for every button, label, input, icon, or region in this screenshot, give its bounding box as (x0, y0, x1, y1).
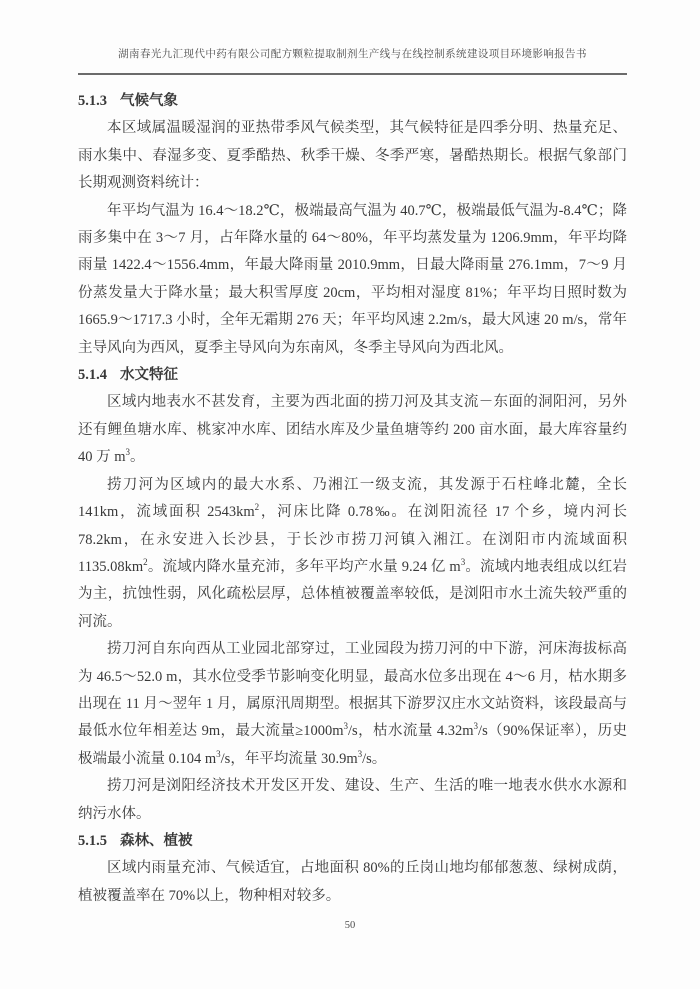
superscript: 3 (344, 722, 349, 732)
body-paragraph: 捞刀河为区域内的最大水系、乃湘江一级支流，其发源于石柱峰北麓，全长 141km，… (78, 472, 627, 636)
section-title: 气候气象 (120, 93, 178, 109)
body-paragraph: 区域内地表水不甚发育，主要为西北面的捞刀河及其支流－东面的洞阳河，另外还有鲤鱼塘… (78, 389, 627, 471)
body-paragraph: 捞刀河是浏阳经济技术开发区开发、建设、生产、生活的唯一地表水供水水源和纳污水体。 (78, 773, 627, 828)
superscript: 3 (216, 749, 221, 759)
page-number: 50 (345, 920, 356, 931)
document-body: 5.1.3气候气象本区域属温暖湿润的亚热带季风气候类型，其气候特征是四季分明、热… (78, 88, 627, 910)
body-paragraph: 本区域属温暖湿润的亚热带季风气候类型，其气候特征是四季分明、热量充足、雨水集中、… (78, 115, 627, 197)
section-heading-5.1.3: 5.1.3气候气象 (78, 88, 627, 115)
superscript: 3 (461, 557, 466, 567)
body-paragraph: 年平均气温为 16.4～18.2℃，极端最高气温为 40.7℃，极端最低气温为-… (78, 198, 627, 362)
page-footer: 50 (0, 920, 700, 931)
document-page: 湖南春光九汇现代中药有限公司配方颗粒提取制剂生产线与在线控制系统建设项目环境影响… (0, 0, 700, 989)
section-heading-5.1.4: 5.1.4水文特征 (78, 362, 627, 389)
page-header-title: 湖南春光九汇现代中药有限公司配方颗粒提取制剂生产线与在线控制系统建设项目环境影响… (78, 46, 627, 61)
section-number: 5.1.4 (78, 367, 107, 383)
body-paragraph: 捞刀河自东向西从工业园北部穿过，工业园段为捞刀河的中下游，河床海拔标高为 46.… (78, 636, 627, 773)
section-title: 森林、植被 (120, 833, 193, 849)
superscript: 2 (143, 557, 148, 567)
body-paragraph: 区域内雨量充沛、气候适宜，占地面积 80%的丘岗山地均郁郁葱葱、绿树成荫，植被覆… (78, 855, 627, 910)
superscript: 3 (474, 722, 479, 732)
section-heading-5.1.5: 5.1.5森林、植被 (78, 828, 627, 855)
superscript: 3 (126, 447, 131, 457)
section-title: 水文特征 (120, 367, 178, 383)
header-rule (78, 73, 627, 75)
section-number: 5.1.3 (78, 93, 107, 109)
superscript: 2 (255, 502, 260, 512)
section-number: 5.1.5 (78, 833, 107, 849)
superscript: 3 (358, 749, 363, 759)
